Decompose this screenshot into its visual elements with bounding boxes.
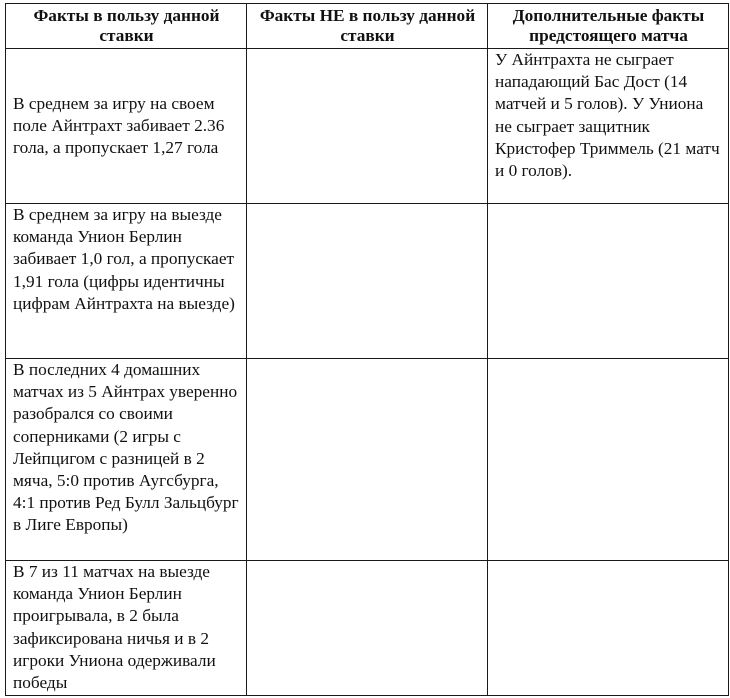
cell-contra-fact (247, 561, 488, 696)
cell-pro-fact: В среднем за игру на своем поле Айнтрахт… (6, 49, 247, 204)
table-row: В среднем за игру на выезде команда Унио… (6, 204, 729, 359)
header-pro-facts: Факты в пользу данной ставки (6, 4, 247, 49)
cell-contra-fact (247, 49, 488, 204)
table-row: В последних 4 домашних матчах из 5 Айнтр… (6, 359, 729, 561)
cell-contra-fact (247, 359, 488, 561)
table-row: В среднем за игру на своем поле Айнтрахт… (6, 49, 729, 204)
header-contra-facts: Факты НЕ в пользу данной ставки (247, 4, 488, 49)
header-extra-facts: Дополнительные факты предстоящего матча (488, 4, 729, 49)
cell-pro-fact: В 7 из 11 матчах на выезде команда Унион… (6, 561, 247, 696)
table-header-row: Факты в пользу данной ставки Факты НЕ в … (6, 4, 729, 49)
cell-contra-fact (247, 204, 488, 359)
table-row: В 7 из 11 матчах на выезде команда Унион… (6, 561, 729, 696)
cell-extra-fact (488, 204, 729, 359)
cell-pro-fact: В среднем за игру на выезде команда Унио… (6, 204, 247, 359)
cell-pro-fact: В последних 4 домашних матчах из 5 Айнтр… (6, 359, 247, 561)
cell-extra-fact: У Айнтрахта не сыграет нападающий Бас До… (488, 49, 729, 204)
cell-extra-fact (488, 359, 729, 561)
cell-extra-fact (488, 561, 729, 696)
betting-facts-table: Факты в пользу данной ставки Факты НЕ в … (5, 3, 729, 696)
